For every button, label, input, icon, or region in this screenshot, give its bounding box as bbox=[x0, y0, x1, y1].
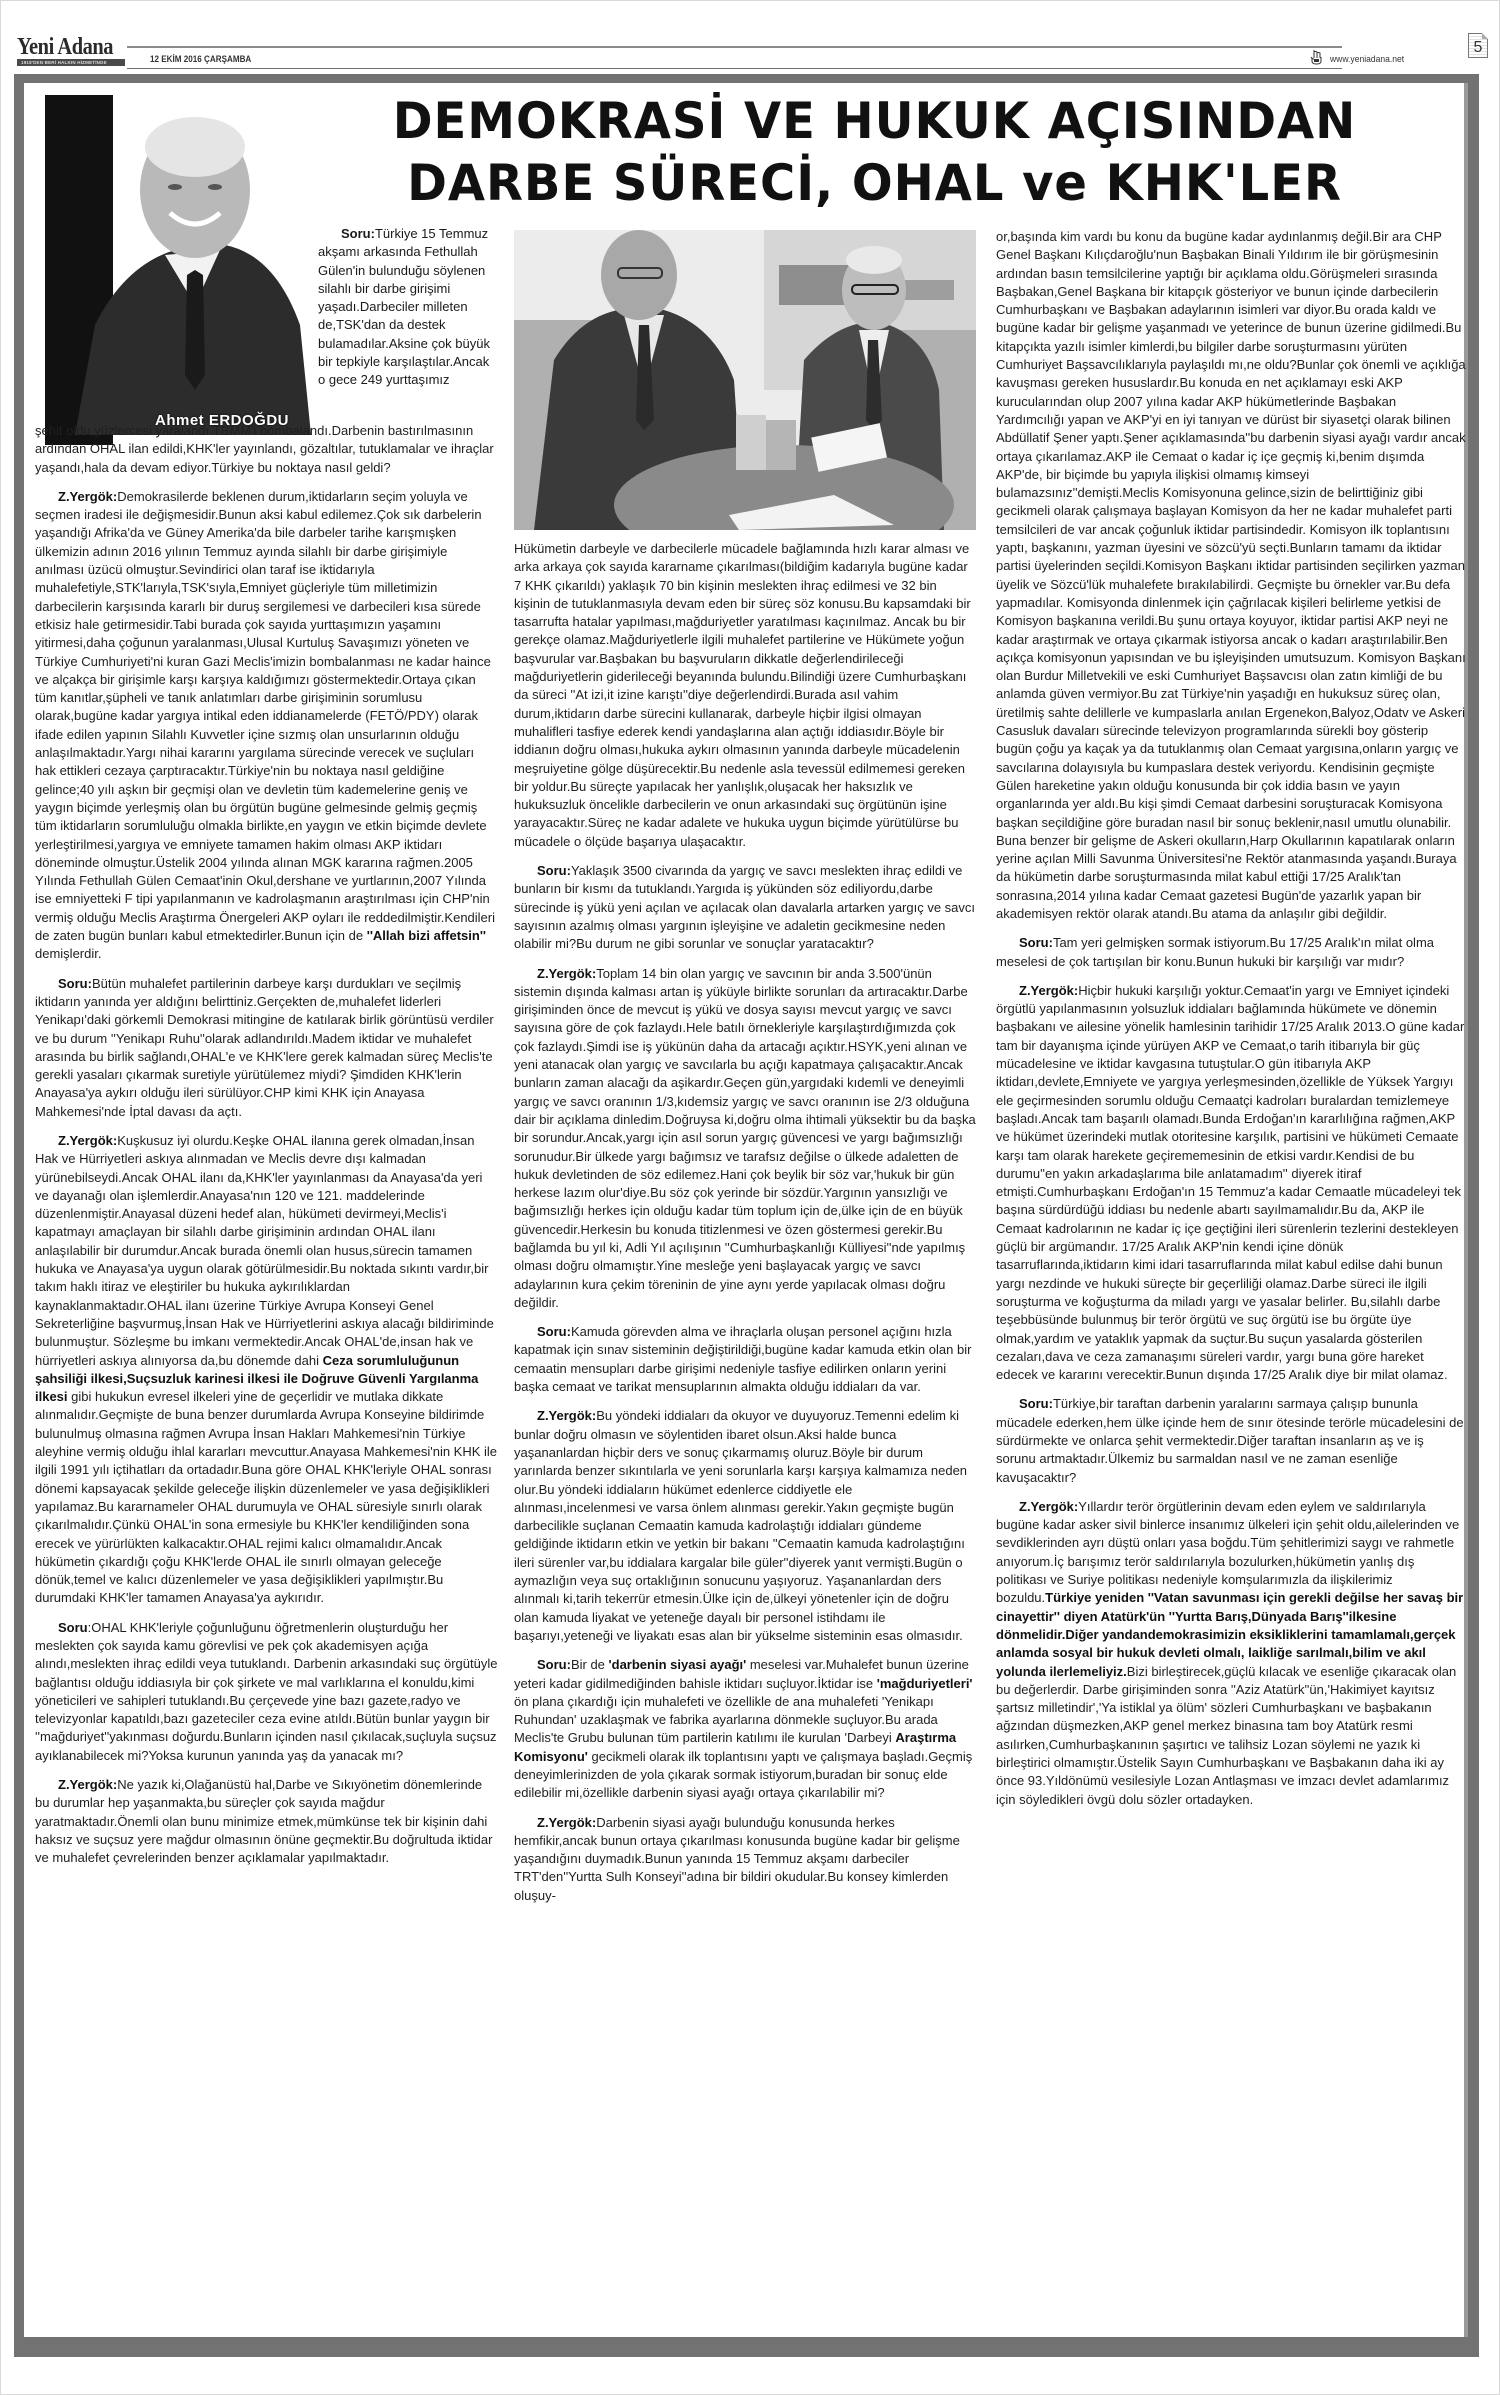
masthead-rule-bottom bbox=[127, 68, 1342, 69]
answer-paragraph: Z.Yergök:Toplam 14 bin olan yargıç ve sa… bbox=[514, 965, 976, 1313]
answer-paragraph: Z.Yergök:Yıllardır terör örgütlerinin de… bbox=[996, 1498, 1466, 1809]
page-number-badge: 5 bbox=[1468, 33, 1488, 58]
headline-line-1: DEMOKRASİ VE HUKUK AÇISINDAN bbox=[287, 90, 1463, 152]
newspaper-logo[interactable]: Yeni Adana 1918'DEN BERİ HALKIN HİZMETİN… bbox=[17, 36, 125, 66]
answer-paragraph: Z.Yergök:Darbenin siyasi ayağı bulunduğu… bbox=[514, 1814, 976, 1905]
headline-line-2: DARBE SÜRECİ, OHAL ve KHK'LER bbox=[287, 152, 1463, 214]
interview-photo bbox=[514, 230, 976, 530]
question-text: Türkiye 15 Temmuz akşamı arkasında Fethu… bbox=[318, 226, 490, 387]
website-link[interactable]: www.yeniadana.net bbox=[1330, 54, 1404, 65]
intro-question: Soru:Türkiye 15 Temmuz akşamı arkasında … bbox=[318, 225, 498, 390]
answer-paragraph: Z.Yergök:Kuşkusuz iyi olurdu.Keşke OHAL … bbox=[35, 1132, 498, 1608]
question-paragraph: Soru:Tam yeri gelmişken sormak istiyorum… bbox=[996, 934, 1466, 971]
answer-paragraph: Z.Yergök:Hiçbir hukuki karşılığı yoktur.… bbox=[996, 982, 1466, 1385]
answer-paragraph: Z.Yergök:Demokrasilerde beklenen durum,i… bbox=[35, 488, 498, 964]
question-paragraph: Soru:Bütün muhalefet partilerinin darbey… bbox=[35, 975, 498, 1121]
masthead-rule-top bbox=[127, 46, 1342, 48]
text-column-right: or,başında kim vardı bu konu da bugüne k… bbox=[996, 228, 1466, 1820]
author-portrait-image bbox=[55, 95, 311, 435]
author-photo: Ahmet ERDOĞDU bbox=[45, 95, 307, 445]
masthead: Yeni Adana 1918'DEN BERİ HALKIN HİZMETİN… bbox=[17, 36, 1487, 72]
answer-paragraph: Z.Yergök:Ne yazık ki,Olağanüstü hal,Darb… bbox=[35, 1776, 498, 1867]
text-column-left: şehit oldu,yüzlercesi yaralandı.TBMM'i b… bbox=[35, 422, 498, 1879]
question-paragraph: Soru:Türkiye,bir taraftan darbenin yaral… bbox=[996, 1395, 1466, 1486]
question-paragraph: Soru:Yaklaşık 3500 civarında da yargıç v… bbox=[514, 862, 976, 953]
issue-date: 12 EKİM 2016 ÇARŞAMBA bbox=[150, 54, 251, 64]
answer-label: Z.Yergök: bbox=[58, 489, 117, 504]
question-continuation: şehit oldu,yüzlercesi yaralandı.TBMM'i b… bbox=[35, 422, 498, 477]
question-paragraph: Soru:Bir de 'darbenin siyasi ayağı' mese… bbox=[514, 1656, 976, 1802]
interview-scene-image bbox=[514, 230, 976, 530]
question-label: Soru: bbox=[341, 226, 375, 241]
quote-emphasis: ''Allah bizi affetsin'' bbox=[367, 928, 486, 943]
article-headline: DEMOKRASİ VE HUKUK AÇISINDAN DARBE SÜREC… bbox=[287, 90, 1463, 214]
question-paragraph: Soru:OHAL KHK'leriyle çoğunluğunu öğretm… bbox=[35, 1619, 498, 1765]
logo-tagline: 1918'DEN BERİ HALKIN HİZMETİNDE bbox=[17, 59, 125, 66]
pointing-hand-icon bbox=[1309, 49, 1323, 65]
question-paragraph: Soru:Kamuda görevden alma ve ihraçlarla … bbox=[514, 1323, 976, 1396]
text-column-middle: Hükümetin darbeyle ve darbecilerle mücad… bbox=[514, 540, 976, 1916]
logo-title: Yeni Adana bbox=[17, 36, 109, 58]
answer-paragraph: Z.Yergök:Bu yöndeki iddiaları da okuyor … bbox=[514, 1407, 976, 1645]
answer-continuation: Hükümetin darbeyle ve darbecilerle mücad… bbox=[514, 540, 976, 851]
answer-continuation: or,başında kim vardı bu konu da bugüne k… bbox=[996, 228, 1466, 923]
